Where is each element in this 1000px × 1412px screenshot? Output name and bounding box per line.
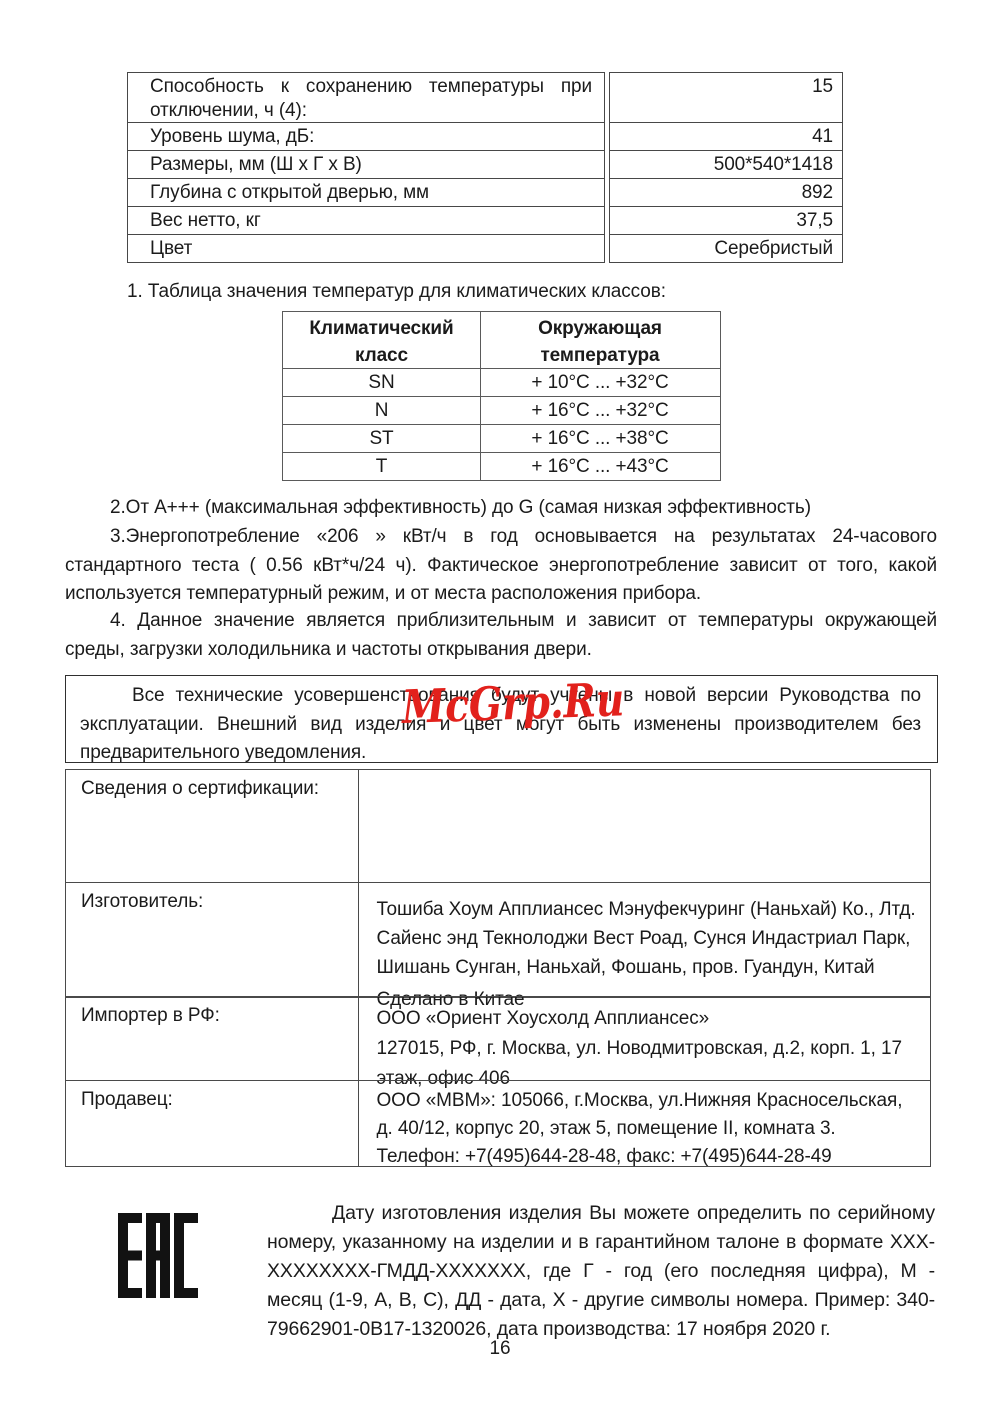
spec-label: Размеры, мм (Ш х Г х В)	[127, 150, 605, 180]
cert-label: Импортер в РФ:	[65, 996, 359, 1081]
table-row: Вес нетто, кг 37,5	[127, 206, 843, 236]
manufacturer-address: Тошиба Хоум Апплиансес Мэнуфекчуринг (На…	[377, 895, 917, 982]
table-row: T + 16°C ... +43°C	[282, 452, 722, 482]
importer-name: ООО «Ориент Хоусхолд Апплиансес»	[377, 1004, 917, 1034]
spec-label: Вес нетто, кг	[127, 206, 605, 236]
spec-value: 41	[609, 122, 843, 152]
climate-class: N	[282, 396, 481, 426]
seller-address: ООО «МВМ»: 105066, г.Москва, ул.Нижняя К…	[377, 1087, 917, 1143]
table-row: Сведения о сертификации:	[65, 769, 931, 883]
spec-label: Цвет	[127, 234, 605, 264]
table-header-row: Климатический класс Окружающая температу…	[282, 311, 722, 369]
spec-value: 15	[609, 72, 843, 123]
table-row: Цвет Серебристый	[127, 234, 843, 264]
table-row: ST + 16°C ... +38°C	[282, 424, 722, 454]
table-row: Глубина с открытой дверью, мм 892	[127, 178, 843, 208]
spec-label: Способность к сохранению температуры при…	[127, 72, 605, 123]
table-row: N + 16°C ... +32°C	[282, 396, 722, 426]
spec-value: 37,5	[609, 206, 843, 236]
cert-value-empty	[358, 769, 932, 883]
document-page: { "specs_table": { "rows": [ {"label": "…	[0, 0, 1000, 1412]
table-row: Продавец: ООО «МВМ»: 105066, г.Москва, у…	[65, 1080, 931, 1167]
cert-label: Изготовитель:	[65, 882, 359, 998]
climate-temp: + 10°C ... +32°C	[480, 368, 721, 398]
spec-value: 892	[609, 178, 843, 208]
table-row: Размеры, мм (Ш х Г х В) 500*540*1418	[127, 150, 843, 180]
cert-value: ООО «Ориент Хоусхолд Апплиансес» 127015,…	[358, 996, 932, 1081]
certification-table: Сведения о сертификации: Изготовитель: Т…	[65, 769, 931, 1167]
table-row: Уровень шума, дБ: 41	[127, 122, 843, 152]
page-number: 16	[0, 1338, 1000, 1360]
climate-header-temp: Окружающая температура	[480, 311, 721, 369]
watermark: McGrp.Ru	[401, 672, 625, 734]
cert-value: ООО «МВМ»: 105066, г.Москва, ул.Нижняя К…	[358, 1080, 932, 1167]
note-efficiency: 2.От А+++ (максимальная эффективность) д…	[65, 494, 937, 523]
spec-label: Уровень шума, дБ:	[127, 122, 605, 152]
table-row: Способность к сохранению температуры при…	[127, 72, 843, 123]
spec-value: 500*540*1418	[609, 150, 843, 180]
climate-temp: + 16°C ... +32°C	[480, 396, 721, 426]
climate-table: Климатический класс Окружающая температу…	[282, 311, 722, 481]
note-approximate: 4. Данное значение является приблизитель…	[65, 607, 937, 664]
cert-label: Сведения о сертификации:	[65, 769, 359, 883]
note-climate-classes: 1. Таблица значения температур для клима…	[65, 278, 937, 307]
spec-label: Глубина с открытой дверью, мм	[127, 178, 605, 208]
spec-value: Серебристый	[609, 234, 843, 264]
eac-mark-icon	[118, 1213, 198, 1298]
specs-table: Способность к сохранению температуры при…	[127, 72, 843, 263]
climate-header-class: Климатический класс	[282, 311, 481, 369]
climate-temp: + 16°C ... +43°C	[480, 452, 721, 482]
climate-temp: + 16°C ... +38°C	[480, 424, 721, 454]
note-energy: 3.Энергопотребление «206 » кВт/ч в год о…	[65, 523, 937, 609]
table-row: Изготовитель: Тошиба Хоум Апплиансес Мэн…	[65, 882, 931, 998]
table-row: SN + 10°C ... +32°C	[282, 368, 722, 398]
table-row: Импортер в РФ: ООО «Ориент Хоусхолд Аппл…	[65, 996, 931, 1081]
climate-class: ST	[282, 424, 481, 454]
cert-value: Тошиба Хоум Апплиансес Мэнуфекчуринг (На…	[358, 882, 932, 998]
climate-class: T	[282, 452, 481, 482]
seller-phone: Телефон: +7(495)644-28-48, факс: +7(495)…	[377, 1143, 917, 1171]
cert-label: Продавец:	[65, 1080, 359, 1167]
serial-number-note: Дату изготовления изделия Вы можете опре…	[267, 1199, 935, 1344]
climate-class: SN	[282, 368, 481, 398]
